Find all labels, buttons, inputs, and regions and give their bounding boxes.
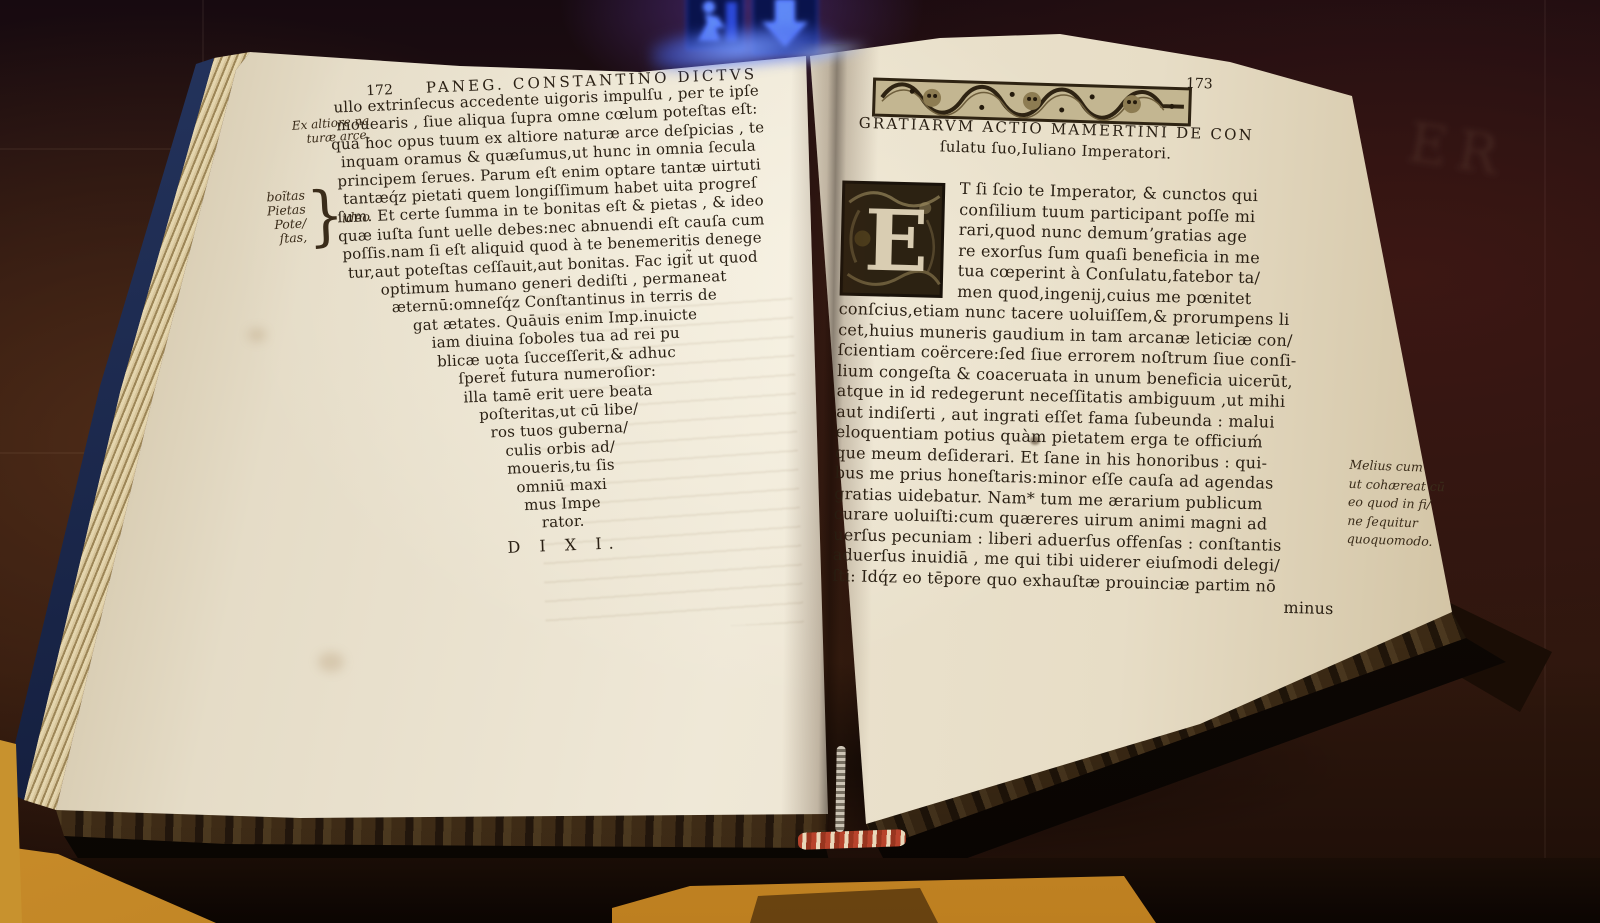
margin-note-words: boĩtasPietasPote/ſtas, <box>257 188 308 247</box>
left-text-block: ullo extrinſecus accedente uigoris impul… <box>320 81 789 541</box>
right-page-number: 173 <box>1186 76 1213 93</box>
right-page-body: E T ſi ſcio te Imperator, & cunctos quic… <box>831 176 1357 620</box>
page-marker-chain <box>835 746 845 832</box>
left-page-body: ullo extrinſecus accedente uigoris impul… <box>320 81 790 564</box>
gutter-shadow <box>781 43 880 830</box>
margin-note-word: ſtas, <box>259 231 308 248</box>
foxing-stain <box>248 328 266 342</box>
right-margin-note: Melius cumut cohæreat cūeo quod in fi/ne… <box>1346 456 1469 553</box>
museum-book-photo: ER 172 PANEG. CONSTANTINO D <box>0 0 1600 923</box>
foxing-stain <box>318 652 344 672</box>
